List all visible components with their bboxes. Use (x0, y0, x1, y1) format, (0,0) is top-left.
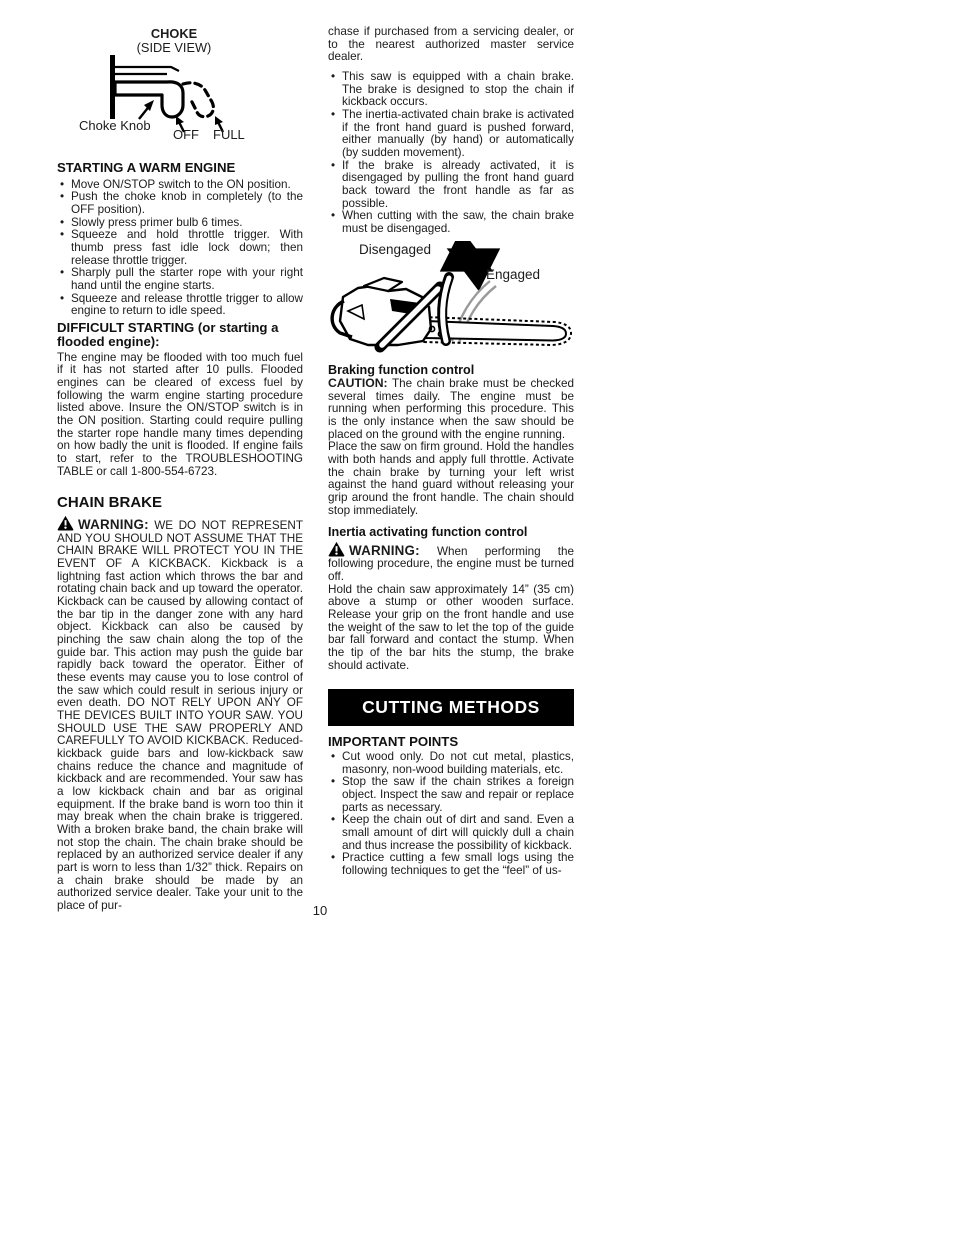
caution-paragraph: CAUTION: The chain brake must be checked… (328, 377, 574, 441)
difficult-starting-body: The engine may be flooded with too much … (57, 352, 303, 479)
list-item: The inertia-activated chain brake is act… (328, 109, 574, 160)
choke-figure-title: CHOKE (57, 26, 291, 41)
warning-triangle-icon (328, 544, 349, 555)
inertia-warning: WARNING: When performing the following p… (328, 544, 574, 584)
chain-brake-warning: WARNING: WE DO NOT REPRESENT AND YOU SHO… (57, 518, 303, 912)
cutting-methods-banner-text: CUTTING METHODS (362, 697, 540, 718)
manual-page: CHOKE (SIDE VIEW) Choke Knob OFF FULL ST… (0, 0, 954, 1235)
list-item: When cutting with the saw, the chain bra… (328, 210, 574, 235)
choke-knob-label: Choke Knob (79, 118, 151, 133)
chain-brake-heading: CHAIN BRAKE (57, 495, 303, 511)
left-column: CHOKE (SIDE VIEW) Choke Knob OFF FULL ST… (57, 0, 303, 1235)
page-number: 10 (300, 903, 340, 918)
cutting-methods-banner: CUTTING METHODS (328, 689, 574, 726)
list-item: Squeeze and hold throttle trigger. With … (57, 229, 303, 267)
braking-procedure-paragraph: Place the saw on firm ground. Hold the h… (328, 441, 574, 517)
warning-triangle-icon (57, 518, 78, 529)
list-item: If the brake is already activated, it is… (328, 160, 574, 211)
warm-engine-heading: STARTING A WARM ENGINE (57, 161, 303, 175)
warning-label: WARNING: (78, 517, 149, 532)
choke-off-label: OFF (173, 127, 199, 142)
warning-label: WARNING: (349, 543, 420, 558)
chainsaw-diagram (328, 241, 574, 359)
important-points-list: Cut wood only. Do not cut metal, plastic… (328, 751, 574, 878)
choke-full-label: FULL (213, 127, 245, 142)
choke-figure: CHOKE (SIDE VIEW) Choke Knob OFF FULL (57, 26, 303, 158)
list-item: Stop the saw if the chain strikes a fore… (328, 776, 574, 814)
caution-label: CAUTION: (328, 376, 388, 390)
list-item: This saw is equipped with a chain brake.… (328, 71, 574, 109)
list-item: Squeeze and release throttle trigger to … (57, 293, 303, 318)
right-column: chase if purchased from a servicing deal… (328, 0, 574, 1235)
chain-brake-list: This saw is equipped with a chain brake.… (328, 71, 574, 236)
list-item: Keep the chain out of dirt and sand. Eve… (328, 814, 574, 852)
difficult-starting-heading: DIFFICULT STARTING (or starting a floode… (57, 321, 303, 349)
list-item: Practice cutting a few small logs using … (328, 852, 574, 877)
important-points-heading: IMPORTANT POINTS (328, 735, 574, 749)
disengaged-label: Disengaged (359, 242, 431, 257)
list-item: Cut wood only. Do not cut metal, plastic… (328, 751, 574, 776)
inertia-control-heading: Inertia activating function control (328, 526, 574, 540)
chain-brake-figure: Disengaged Engaged (328, 241, 574, 359)
warm-engine-list: Move ON/STOP switch to the ON position. … (57, 179, 303, 318)
inertia-procedure-paragraph: Hold the chain saw approximately 14” (35… (328, 584, 574, 673)
engaged-label: Engaged (486, 267, 540, 282)
list-item: Push the choke knob in completely (to th… (57, 191, 303, 216)
warning-text: WE DO NOT REPRESENT AND YOU SHOULD NOT A… (57, 519, 303, 912)
braking-control-heading: Braking function control (328, 364, 574, 378)
intro-paragraph: chase if purchased from a servicing deal… (328, 26, 574, 64)
choke-figure-subtitle: (SIDE VIEW) (57, 40, 291, 55)
list-item: Sharply pull the starter rope with your … (57, 267, 303, 292)
